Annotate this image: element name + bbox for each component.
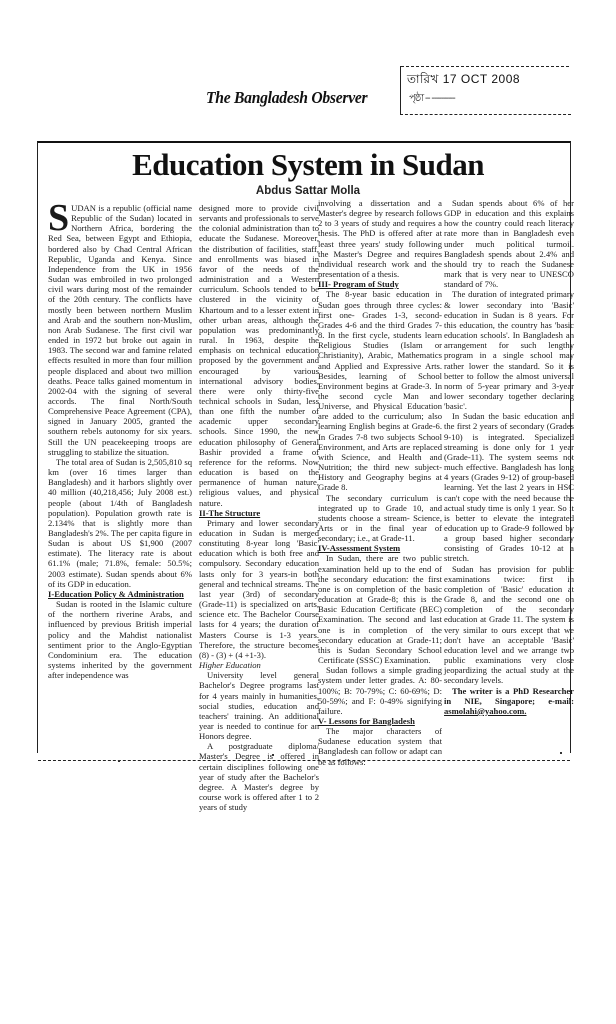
paragraph: The total area of Sudan is 2,505,810 sq … (48, 457, 192, 589)
paragraph: The duration of integrated primary & low… (444, 289, 574, 411)
stamp-date: তারিখ 17 OCT 2008 (407, 71, 520, 91)
section-heading: I-Education Policy & Administration (48, 589, 192, 599)
paragraph: Sudan spends about 6% of her GDP in educ… (444, 198, 574, 289)
scan-speck (560, 752, 562, 754)
stamp-handwriting: পৃষ্ঠা -- ---------- (409, 91, 455, 108)
paragraph: Sudan follows a simple grading system un… (318, 665, 442, 716)
article-byline: Abdus Sattar Molla (0, 185, 616, 197)
paragraph: designed more to provide civil servants … (199, 203, 319, 508)
paragraph: Sudan has provision for public examinati… (444, 564, 574, 686)
paragraph: In Sudan, there are two public examinati… (318, 553, 442, 665)
paragraph: A postgraduate diploma/ Master's Degree … (199, 741, 319, 812)
article-title: Education System in Sudan (0, 147, 616, 183)
author-credit: The writer is a PhD Researcher in NIE, S… (444, 686, 574, 716)
paragraph: Primary and lower secondary education in… (199, 518, 319, 660)
date-stamp: তারিখ 17 OCT 2008 পৃষ্ঠা -- ---------- (400, 66, 571, 115)
article-column-1: SUDAN is a republic (official name Repub… (48, 203, 192, 680)
article-column-4: Sudan spends about 6% of her GDP in educ… (444, 198, 574, 716)
article-column-2: designed more to provide civil servants … (199, 203, 319, 812)
publication-masthead: The Bangladesh Observer (206, 88, 367, 108)
subsection-heading: Higher Education (199, 660, 319, 670)
paragraph: University level general Bachelor's Degr… (199, 670, 319, 741)
paragraph: The major characters of Sudanese educati… (318, 726, 442, 767)
section-heading: IV-Assessment System (318, 543, 442, 553)
paragraph: In Sudan the basic education and the fir… (444, 411, 574, 563)
scan-speck (118, 760, 120, 762)
drop-cap: S (48, 203, 69, 233)
author-email-link[interactable]: asmolahi@yahoo.com. (444, 706, 526, 716)
section-heading: III- Program of Study (318, 279, 442, 289)
scan-speck (272, 754, 274, 756)
paragraph: involving a dissertation and a Master's … (318, 198, 442, 279)
section-heading: V- Lessons for Bangladesh (318, 716, 442, 726)
lead-paragraph: SUDAN is a republic (official name Repub… (48, 203, 192, 457)
section-heading: II-The Structure (199, 508, 319, 518)
paragraph: The 8-year basic education in Sudan goes… (318, 289, 442, 492)
article-column-3: involving a dissertation and a Master's … (318, 198, 442, 767)
stamp-border (401, 66, 569, 67)
paragraph: Sudan is rooted in the Islamic culture o… (48, 599, 192, 680)
paragraph: The secondary curriculum is integrated u… (318, 493, 442, 544)
